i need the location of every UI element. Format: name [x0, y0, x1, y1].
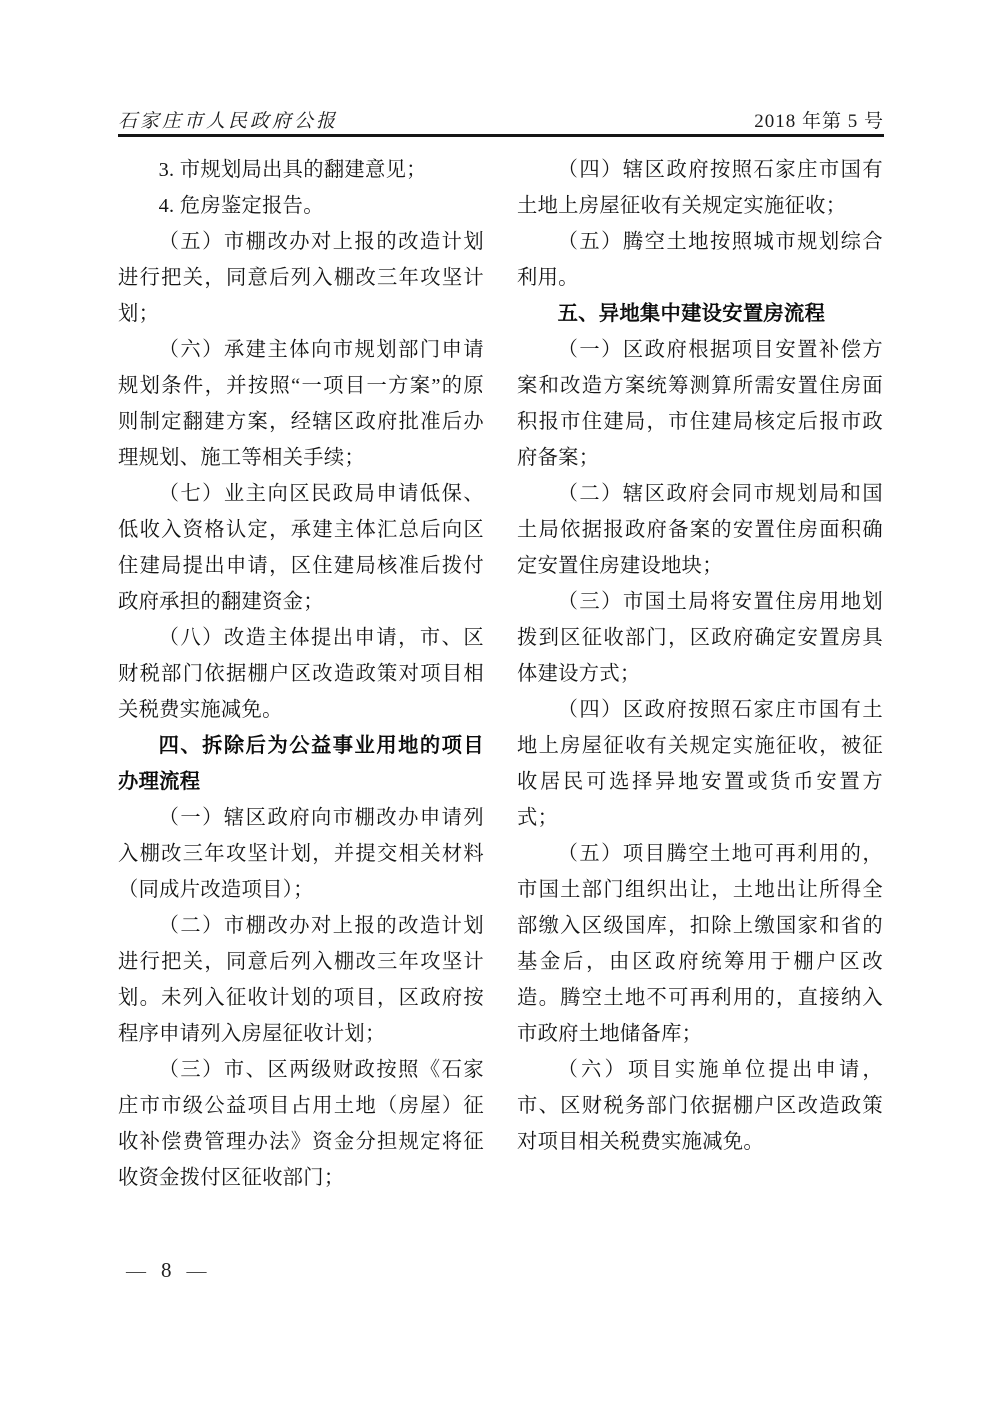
paragraph-er: （二）市棚改办对上报的改造计划进行把关，同意后列入棚改三年攻坚计划。未列入征收计… [118, 908, 484, 1052]
paragraph-si-2: （四）区政府按照石家庄市国有土地上房屋征收有关规定实施征收，被征收居民可选择异地… [517, 692, 883, 836]
paragraph-wu-2: （五）腾空土地按照城市规划综合利用。 [517, 224, 883, 296]
page-footer: — 8 — [126, 1258, 207, 1283]
section-heading-four: 四、拆除后为公益事业用地的项目办理流程 [118, 728, 484, 800]
paragraph-item-4: 4. 危房鉴定报告。 [118, 188, 484, 224]
paragraph-wu: （五）市棚改办对上报的改造计划进行把关，同意后列入棚改三年攻坚计划； [118, 224, 484, 332]
document-page: 石家庄市人民政府公报 2018 年第 5 号 3. 市规划局出具的翻建意见； 4… [0, 0, 1000, 1414]
folio-dash-left: — [126, 1260, 146, 1283]
issue-number: 2018 年第 5 号 [754, 106, 884, 133]
right-column: （四）辖区政府按照石家庄市国有土地上房屋征收有关规定实施征收； （五）腾空土地按… [517, 152, 883, 1196]
publication-title: 石家庄市人民政府公报 [118, 106, 338, 133]
paragraph-qi: （七）业主向区民政局申请低保、低收入资格认定，承建主体汇总后向区住建局提出申请，… [118, 476, 484, 620]
paragraph-er-2: （二）辖区政府会同市规划局和国土局依据报政府备案的安置住房面积确定安置住房建设地… [517, 476, 883, 584]
paragraph-item-3: 3. 市规划局出具的翻建意见； [118, 152, 484, 188]
paragraph-yi: （一）辖区政府向市棚改办申请列入棚改三年攻坚计划，并提交相关材料（同成片改造项目… [118, 800, 484, 908]
paragraph-liu: （六）承建主体向市规划部门申请规划条件，并按照“一项目一方案”的原则制定翻建方案… [118, 332, 484, 476]
paragraph-ba: （八）改造主体提出申请，市、区财税部门依据棚户区改造政策对项目相关税费实施减免。 [118, 620, 484, 728]
paragraph-si: （四）辖区政府按照石家庄市国有土地上房屋征收有关规定实施征收； [517, 152, 883, 224]
page-number: 8 [161, 1258, 172, 1283]
paragraph-wu-3: （五）项目腾空土地可再利用的，市国土部门组织出让，土地出让所得全部缴入区级国库，… [517, 836, 883, 1052]
paragraph-san: （三）市、区两级财政按照《石家庄市市级公益项目占用土地（房屋）征收补偿费管理办法… [118, 1052, 484, 1196]
page-header: 石家庄市人民政府公报 2018 年第 5 号 [118, 106, 884, 133]
section-heading-five: 五、异地集中建设安置房流程 [517, 296, 883, 332]
paragraph-yi-2: （一）区政府根据项目安置补偿方案和改造方案统筹测算所需安置住房面积报市住建局，市… [517, 332, 883, 476]
left-column: 3. 市规划局出具的翻建意见； 4. 危房鉴定报告。 （五）市棚改办对上报的改造… [118, 152, 484, 1196]
content-columns: 3. 市规划局出具的翻建意见； 4. 危房鉴定报告。 （五）市棚改办对上报的改造… [118, 152, 884, 1196]
folio-dash-right: — [187, 1260, 207, 1283]
paragraph-san-2: （三）市国土局将安置住房用地划拨到区征收部门，区政府确定安置房具体建设方式； [517, 584, 883, 692]
header-rule [118, 134, 884, 137]
paragraph-liu-2: （六）项目实施单位提出申请，市、区财税务部门依据棚户区改造政策对项目相关税费实施… [517, 1052, 883, 1160]
